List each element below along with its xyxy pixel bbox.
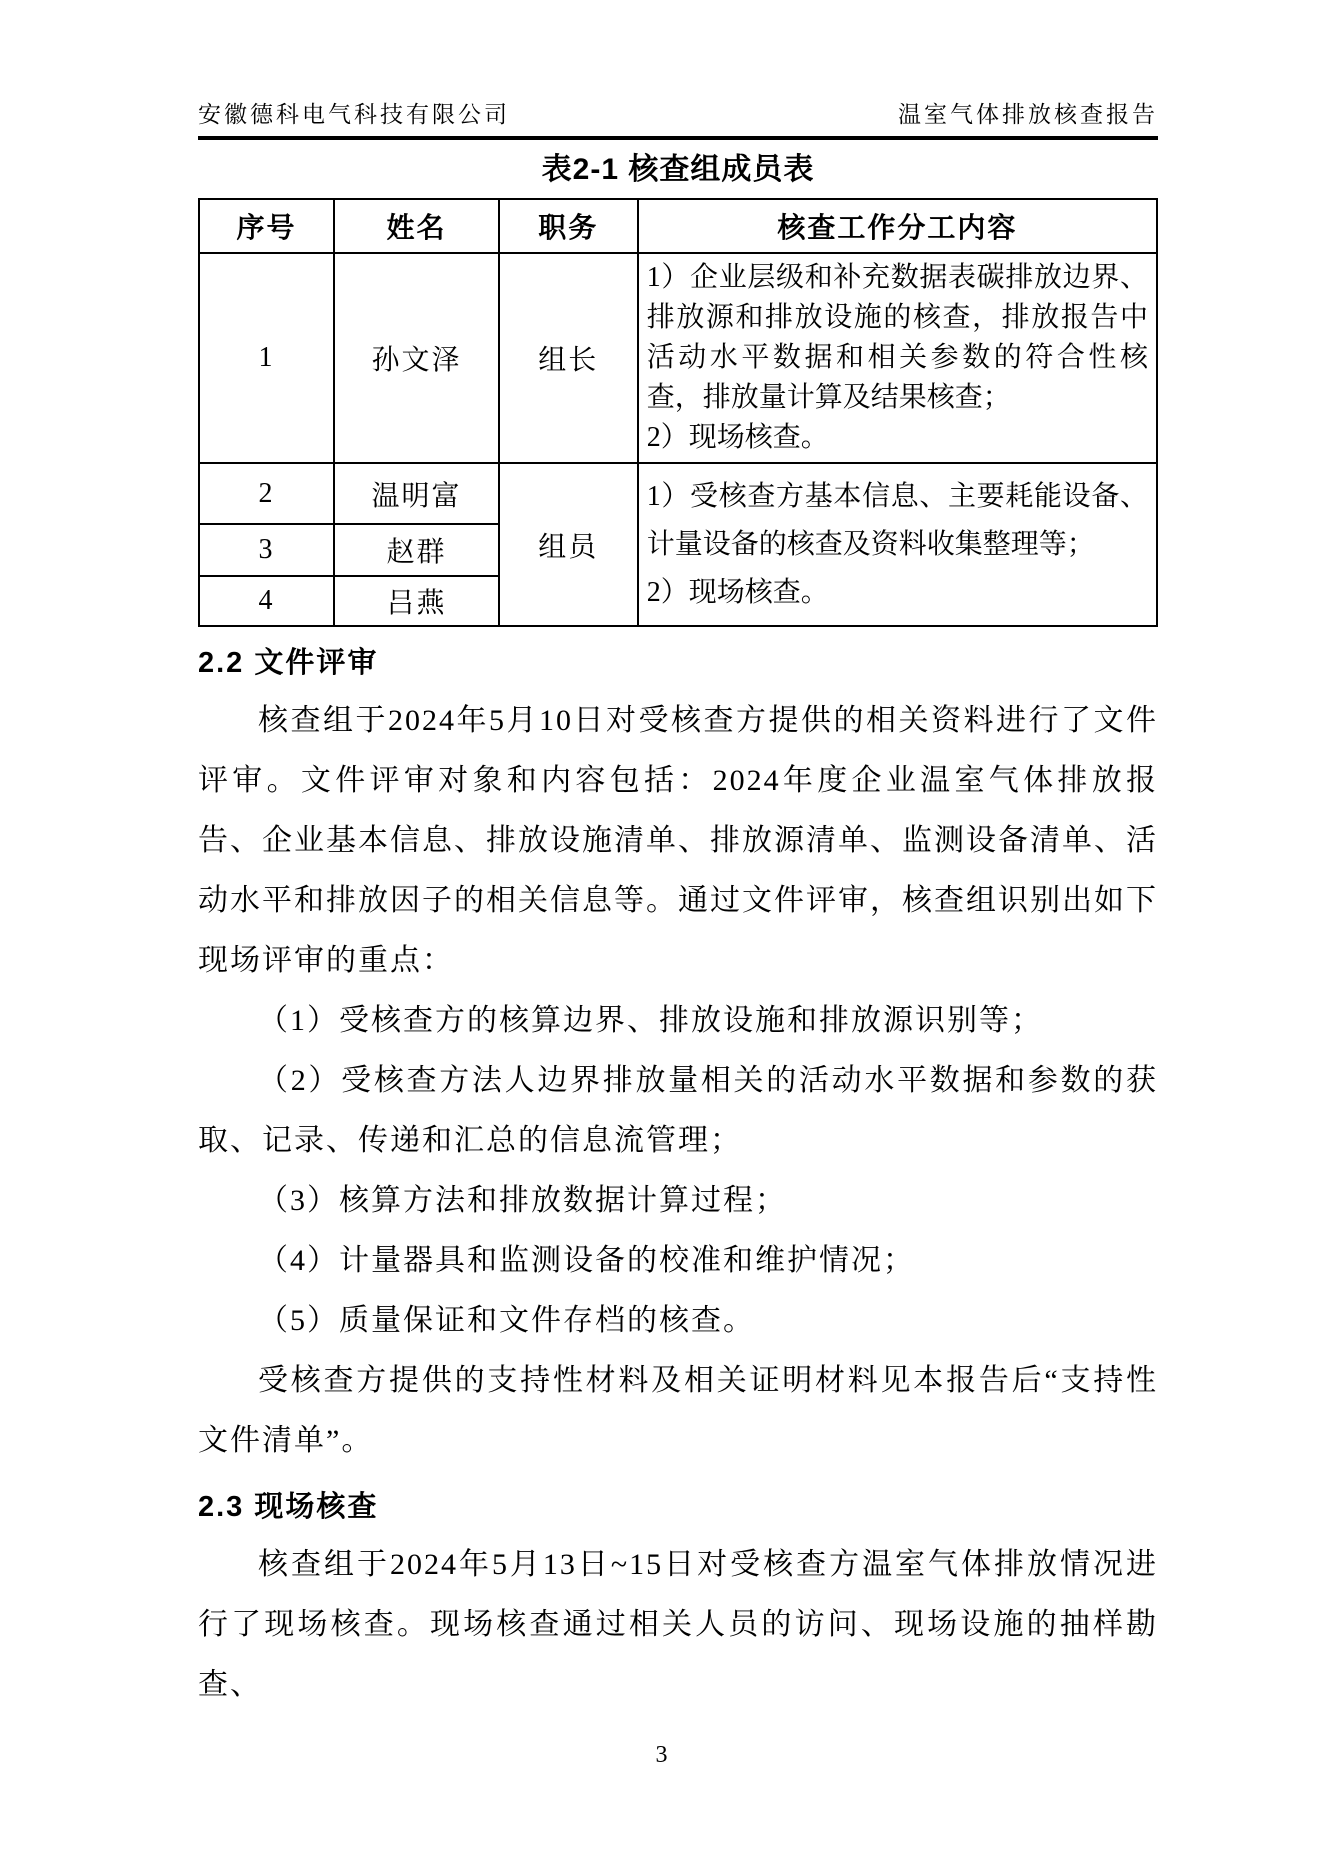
duty-item: 2）现场核查。 (647, 569, 1148, 617)
section-heading-2-2: 2.2 文件评审 (198, 643, 1158, 683)
cell-name: 赵群 (334, 524, 499, 576)
section-2-2-intro: 核查组于2024年5月10日对受核查方提供的相关资料进行了文件评审。文件评审对象… (198, 691, 1158, 991)
review-focus-item: （2）受核查方法人边界排放量相关的活动水平数据和参数的获取、记录、传递和汇总的信… (198, 1051, 1158, 1171)
section-2-3-intro: 核查组于2024年5月13日~15日对受核查方温室气体排放情况进行了现场核查。现… (198, 1535, 1158, 1715)
table-header-row: 序号 姓名 职务 核查工作分工内容 (199, 199, 1157, 253)
verification-team-table: 序号 姓名 职务 核查工作分工内容 1 孙文泽 组长 1）企业层级和补充数据表碳… (198, 198, 1158, 627)
review-focus-item: （5）质量保证和文件存档的核查。 (198, 1291, 1158, 1351)
col-header-no: 序号 (199, 199, 334, 253)
review-focus-item: （1）受核查方的核算边界、排放设施和排放源识别等； (198, 991, 1158, 1051)
duty-item: 1）企业层级和补充数据表碳排放边界、排放源和排放设施的核查，排放报告中活动水平数… (647, 258, 1148, 418)
table-row: 1 孙文泽 组长 1）企业层级和补充数据表碳排放边界、排放源和排放设施的核查，排… (199, 253, 1157, 463)
cell-no: 4 (199, 576, 334, 626)
duty-item: 2）现场核查。 (647, 418, 1148, 458)
cell-role: 组长 (499, 253, 638, 463)
review-focus-item: （3）核算方法和排放数据计算过程； (198, 1171, 1158, 1231)
col-header-name: 姓名 (334, 199, 499, 253)
cell-name: 吕燕 (334, 576, 499, 626)
cell-duty-merged: 1）受核查方基本信息、主要耗能设备、计量设备的核查及资料收集整理等； 2）现场核… (638, 463, 1157, 626)
cell-no: 1 (199, 253, 334, 463)
table-title: 表2-1 核查组成员表 (198, 150, 1158, 190)
running-header: 安徽德科电气科技有限公司 温室气体排放核查报告 (198, 96, 1158, 136)
page-number: 3 (0, 1742, 1323, 1769)
cell-role-merged: 组员 (499, 463, 638, 626)
review-focus-item: （4）计量器具和监测设备的校准和维护情况； (198, 1231, 1158, 1291)
cell-name: 孙文泽 (334, 253, 499, 463)
col-header-role: 职务 (499, 199, 638, 253)
section-2-2-closing: 受核查方提供的支持性材料及相关证明材料见本报告后“支持性文件清单”。 (198, 1351, 1158, 1471)
company-name: 安徽德科电气科技有限公司 (198, 96, 510, 129)
cell-no: 2 (199, 463, 334, 524)
section-heading-2-3: 2.3 现场核查 (198, 1487, 1158, 1527)
table-row: 2 温明富 组员 1）受核查方基本信息、主要耗能设备、计量设备的核查及资料收集整… (199, 463, 1157, 524)
cell-duty: 1）企业层级和补充数据表碳排放边界、排放源和排放设施的核查，排放报告中活动水平数… (638, 253, 1157, 463)
duty-item: 1）受核查方基本信息、主要耗能设备、计量设备的核查及资料收集整理等； (647, 473, 1148, 569)
cell-no: 3 (199, 524, 334, 576)
cell-name: 温明富 (334, 463, 499, 524)
col-header-duty: 核查工作分工内容 (638, 199, 1157, 253)
document-page: 安徽德科电气科技有限公司 温室气体排放核查报告 表2-1 核查组成员表 序号 姓… (198, 96, 1158, 1715)
header-divider (198, 136, 1158, 140)
report-title: 温室气体排放核查报告 (898, 96, 1158, 129)
